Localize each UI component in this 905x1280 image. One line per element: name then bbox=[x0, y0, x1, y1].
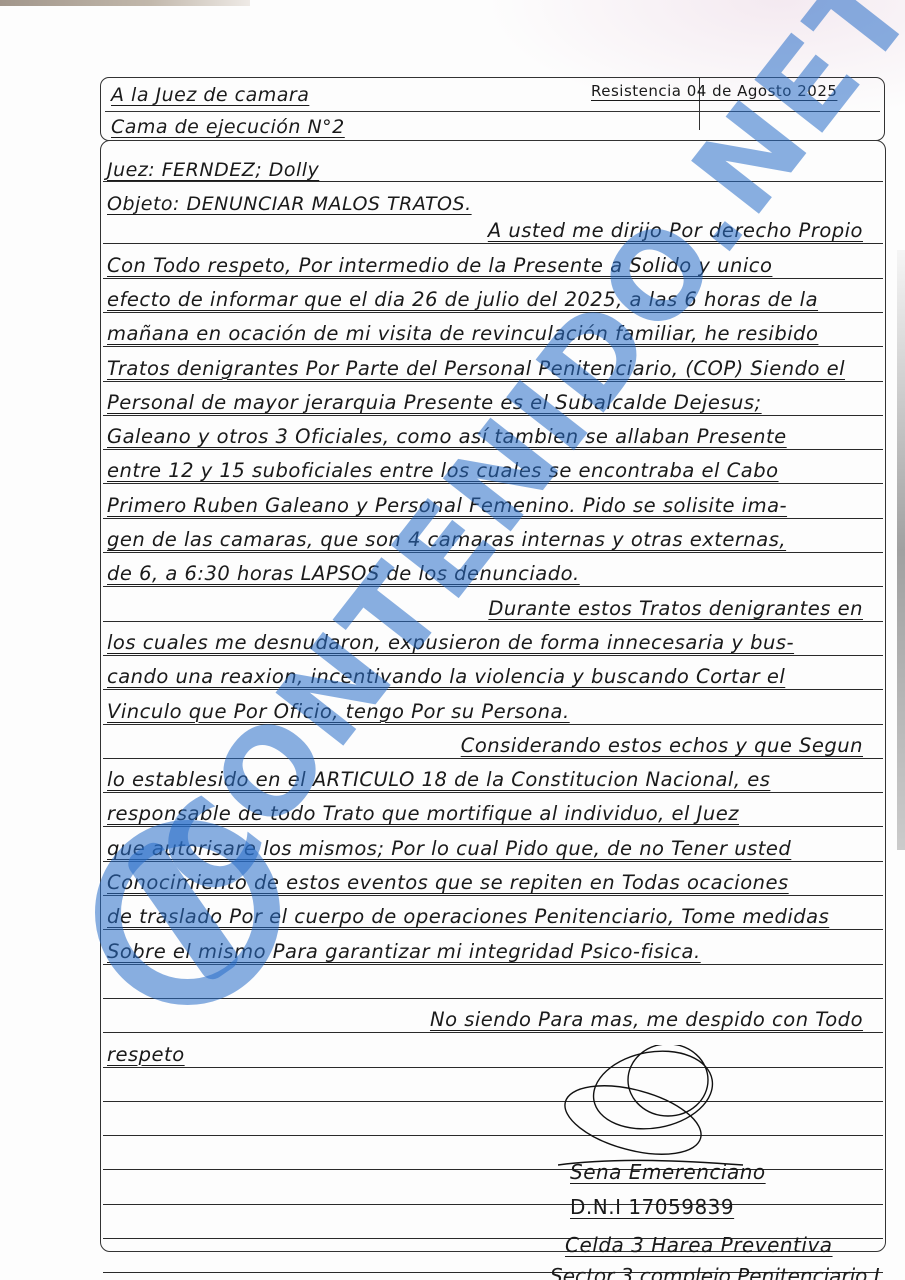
letter-line: efecto de informar que el dia 26 de juli… bbox=[107, 288, 818, 311]
letter-line: mañana en ocación de mi visita de revinc… bbox=[107, 322, 818, 345]
letter-line: responsable de todo Trato que mortifique… bbox=[107, 802, 739, 825]
signature-scribble bbox=[558, 1045, 748, 1170]
letter-line: Primero Ruben Galeano y Personal Femenin… bbox=[107, 494, 787, 517]
photo-edge-artifact bbox=[0, 0, 250, 6]
letter-line: cando una reaxion, incentivando la viole… bbox=[107, 665, 785, 688]
letter-line: respeto bbox=[107, 1043, 185, 1066]
letter-line: lo establesido en el ARTICULO 18 de la C… bbox=[107, 768, 770, 791]
letter-body: Juez: FERNDEZ; Dolly Objeto: DENUNCIAR M… bbox=[100, 140, 886, 1252]
signer-sector: Sector 3 complejo Penitenciario I. bbox=[550, 1264, 886, 1280]
letter-line: Vinculo que Por Oficio, tengo Por su Per… bbox=[107, 700, 570, 723]
letter-line: los cuales me desnudaron, expusieron de … bbox=[107, 631, 794, 654]
signer-cell: Celda 3 Harea Preventiva bbox=[565, 1233, 833, 1257]
letter-line: Con Todo respeto, Por intermedio de la P… bbox=[107, 254, 772, 277]
letter-line: de 6, a 6:30 horas LAPSOS de los denunci… bbox=[107, 562, 580, 585]
letter-line: entre 12 y 15 suboficiales entre los cua… bbox=[107, 459, 779, 482]
letter-line: No siendo Para mas, me despido con Todo bbox=[430, 1008, 863, 1031]
letter-line: Sobre el mismo Para garantizar mi integr… bbox=[107, 940, 701, 963]
judge-line: Juez: FERNDEZ; Dolly bbox=[107, 159, 319, 181]
letter-line: Tratos denigrantes Por Parte del Persona… bbox=[107, 357, 845, 380]
subject-line: Objeto: DENUNCIAR MALOS TRATOS. bbox=[107, 193, 472, 215]
signer-dni: D.N.I 17059839 bbox=[570, 1195, 734, 1219]
letter-line: Personal de mayor jerarquia Presente es … bbox=[107, 391, 762, 414]
paper-edge-shadow bbox=[897, 250, 905, 850]
court-name: Cama de ejecución N°2 bbox=[111, 116, 345, 138]
letter-line: Durante estos Tratos denigrantes en bbox=[488, 597, 863, 620]
letter-line: Conocimiento de estos eventos que se rep… bbox=[107, 871, 789, 894]
place-date: Resistencia 04 de Agosto 2025 bbox=[591, 82, 837, 100]
letter-line: gen de las camaras, que son 4 camaras in… bbox=[107, 528, 786, 551]
addressee: A la Juez de camara bbox=[111, 84, 309, 106]
letter-line: Considerando estos echos y que Segun bbox=[461, 734, 863, 757]
letter-line: A usted me dirijo Por derecho Propio bbox=[488, 219, 863, 242]
signer-name: Sena Emerenciano bbox=[570, 1160, 766, 1184]
letter-line: que autorisare los mismos; Por lo cual P… bbox=[107, 837, 791, 860]
letter-line: Galeano y otros 3 Oficiales, como así ta… bbox=[107, 425, 787, 448]
letter-line: de traslado Por el cuerpo de operaciones… bbox=[107, 905, 829, 928]
letter-header-box: A la Juez de camara Resistencia 04 de Ag… bbox=[100, 77, 885, 141]
